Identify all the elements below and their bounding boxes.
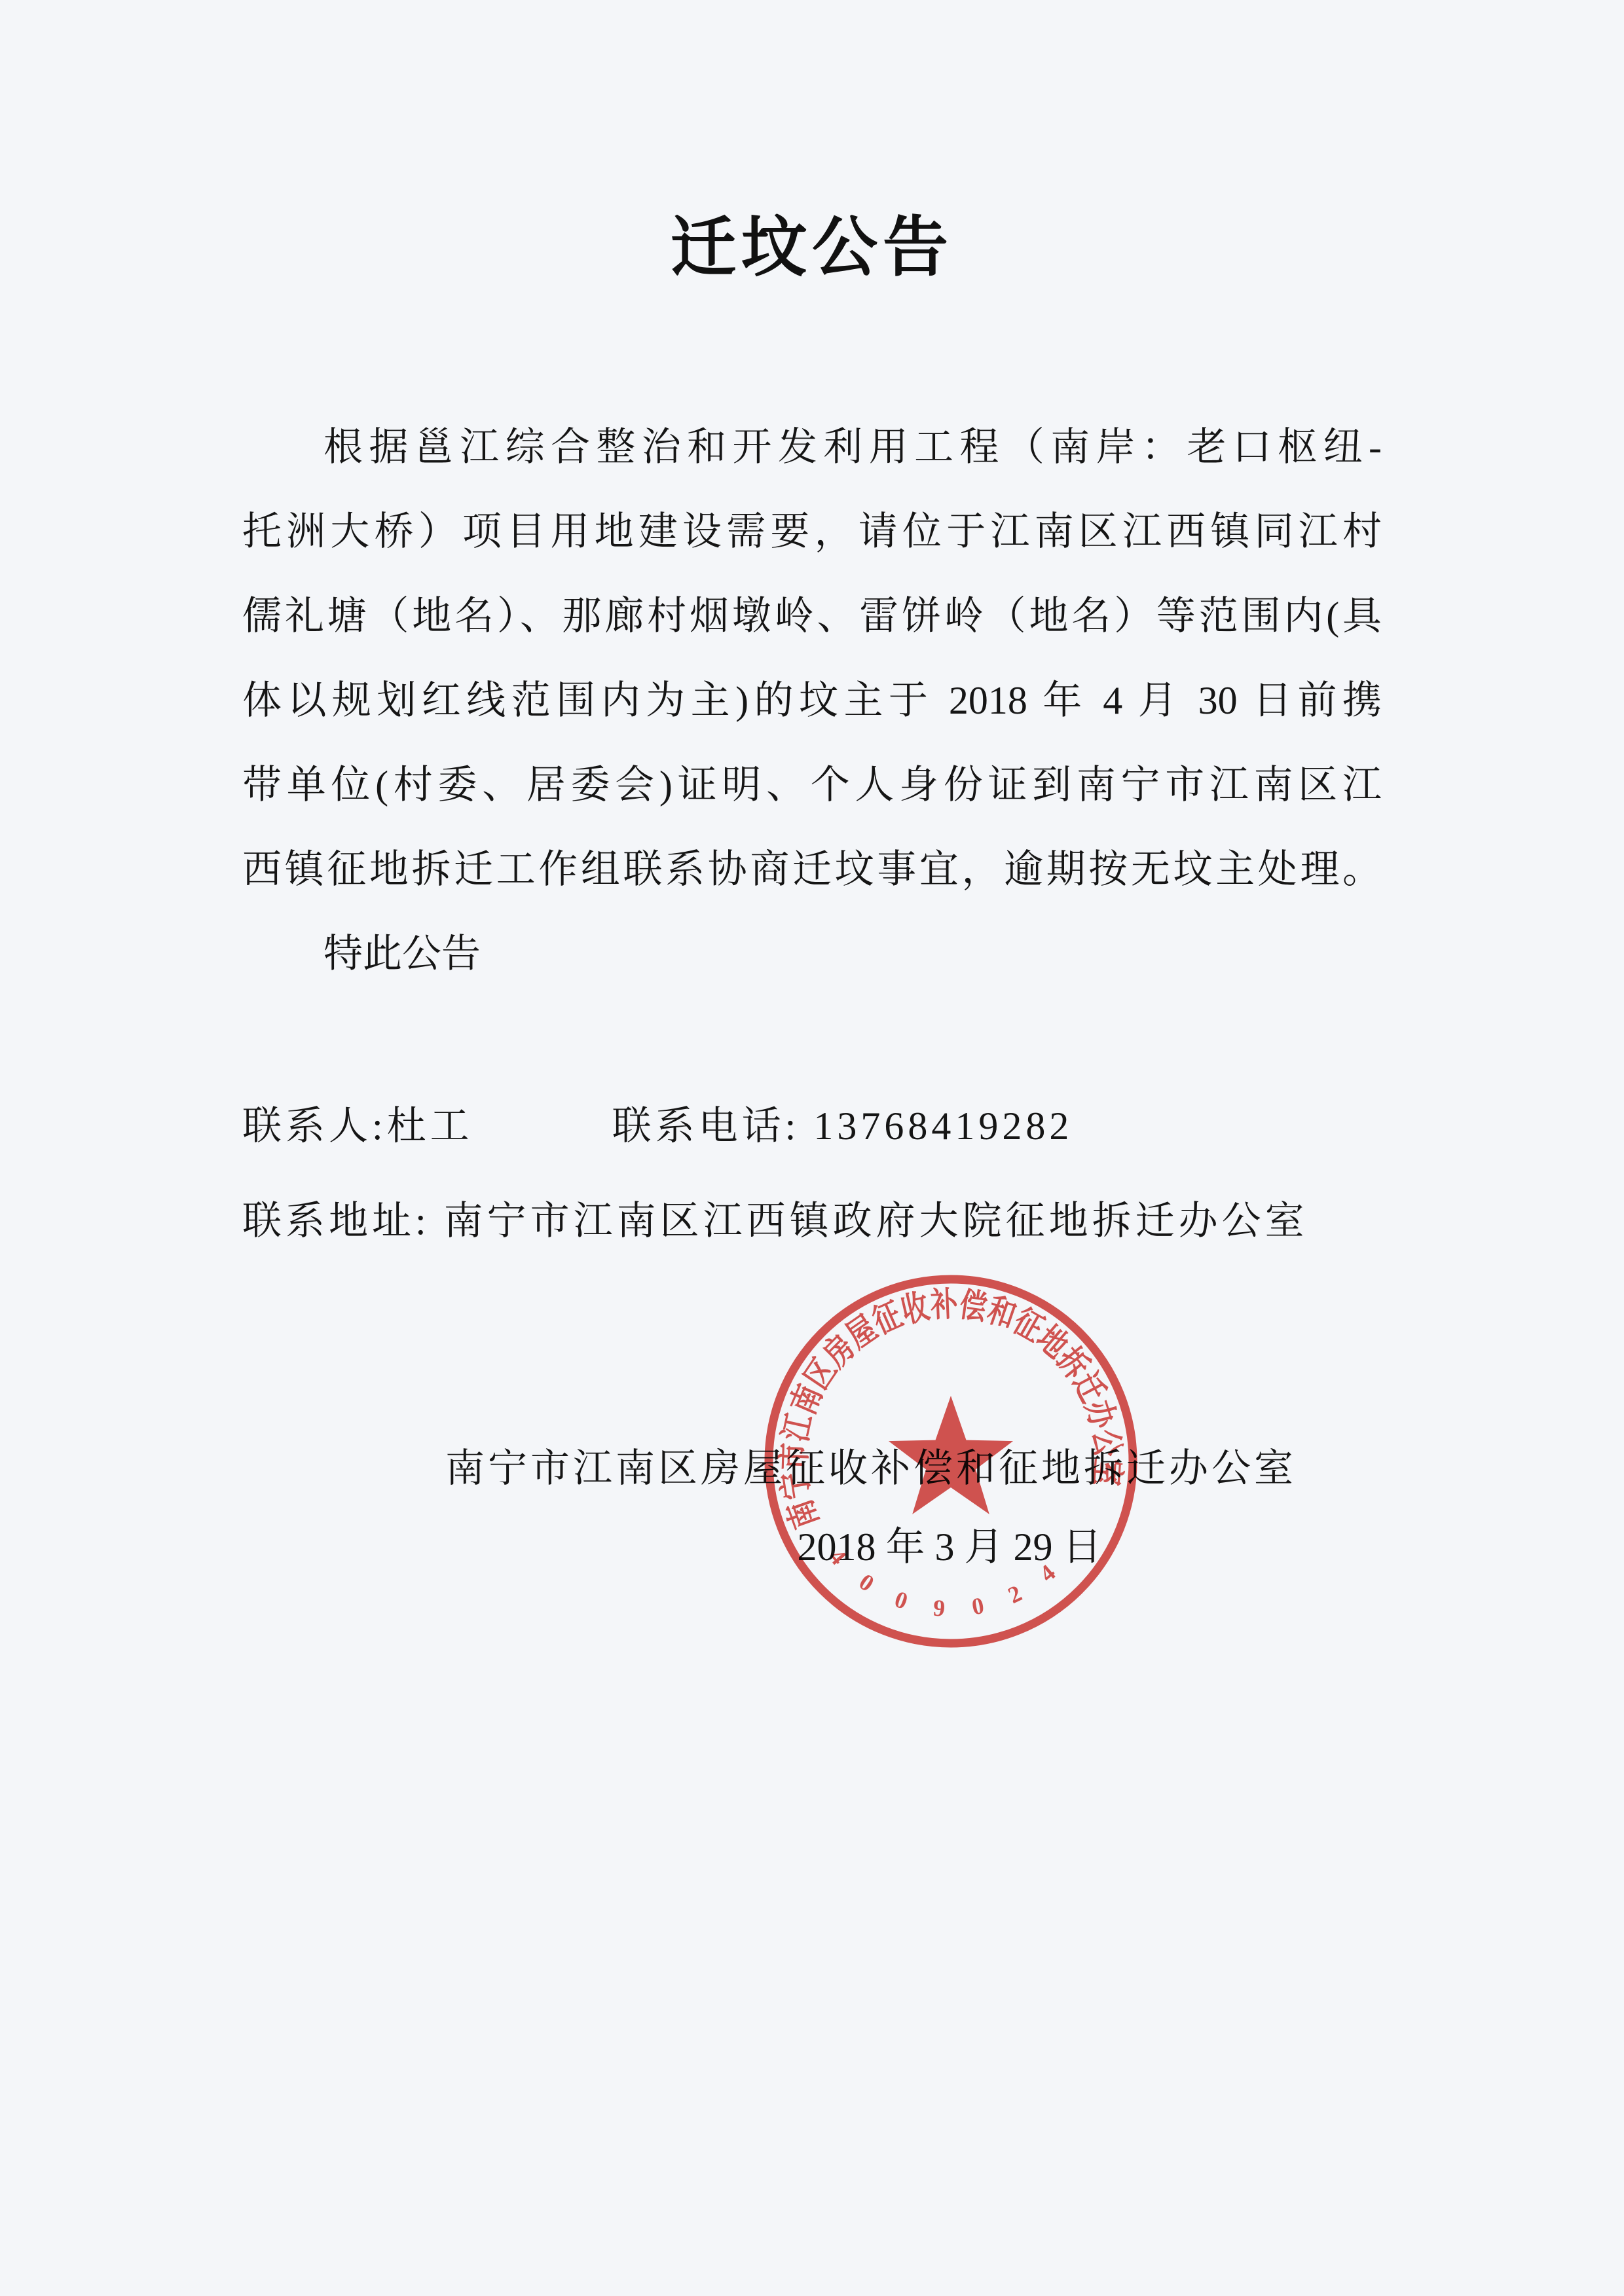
contact-row: 联系地址: 南宁市江南区江西镇政府大院征地拆迁办公室 <box>242 1197 1395 1245</box>
contact-row: 联系人:杜工联系电话: 13768419282 <box>242 1102 1395 1150</box>
body-line: 西镇征地拆迁工作组联系协商迁坟事宜，逾期按无坟主处理。 <box>242 828 1382 912</box>
page-title: 迁坟公告 <box>242 208 1493 288</box>
body-line: 根据邕江综合整治和开发利用工程（南岸：老口枢纽- <box>242 405 1382 490</box>
contact-person: 联系人:杜工 <box>242 1104 473 1148</box>
official-seal: 南宁市江南区房屋征收补偿和征地拆迁办公室 4009024095 <box>754 1265 1147 1658</box>
contact-phone: 联系电话: 13768419282 <box>612 1104 1073 1148</box>
contact-address: 联系地址: 南宁市江南区江西镇政府大院征地拆迁办公室 <box>242 1199 1308 1243</box>
document-page: 迁坟公告 根据邕江综合整治和开发利用工程（南岸：老口枢纽-托洲大桥）项目用地建设… <box>0 0 1624 2296</box>
body-line: 托洲大桥）项目用地建设需要，请位于江南区江西镇同江村 <box>242 490 1382 574</box>
body-line: 体以规划红线范围内为主)的坟主于 2018 年 4 月 30 日前携 <box>242 659 1382 743</box>
body-line: 特此公告 <box>242 912 1382 996</box>
body-line: 儒礼塘（地名）、那廊村烟墩岭、雷饼岭（地名）等范围内(具 <box>242 574 1382 659</box>
body-paragraph: 根据邕江综合整治和开发利用工程（南岸：老口枢纽-托洲大桥）项目用地建设需要，请位… <box>242 405 1382 996</box>
star-icon <box>889 1396 1013 1514</box>
body-line: 带单位(村委、居委会)证明、个人身份证到南宁市江南区江 <box>242 743 1382 828</box>
